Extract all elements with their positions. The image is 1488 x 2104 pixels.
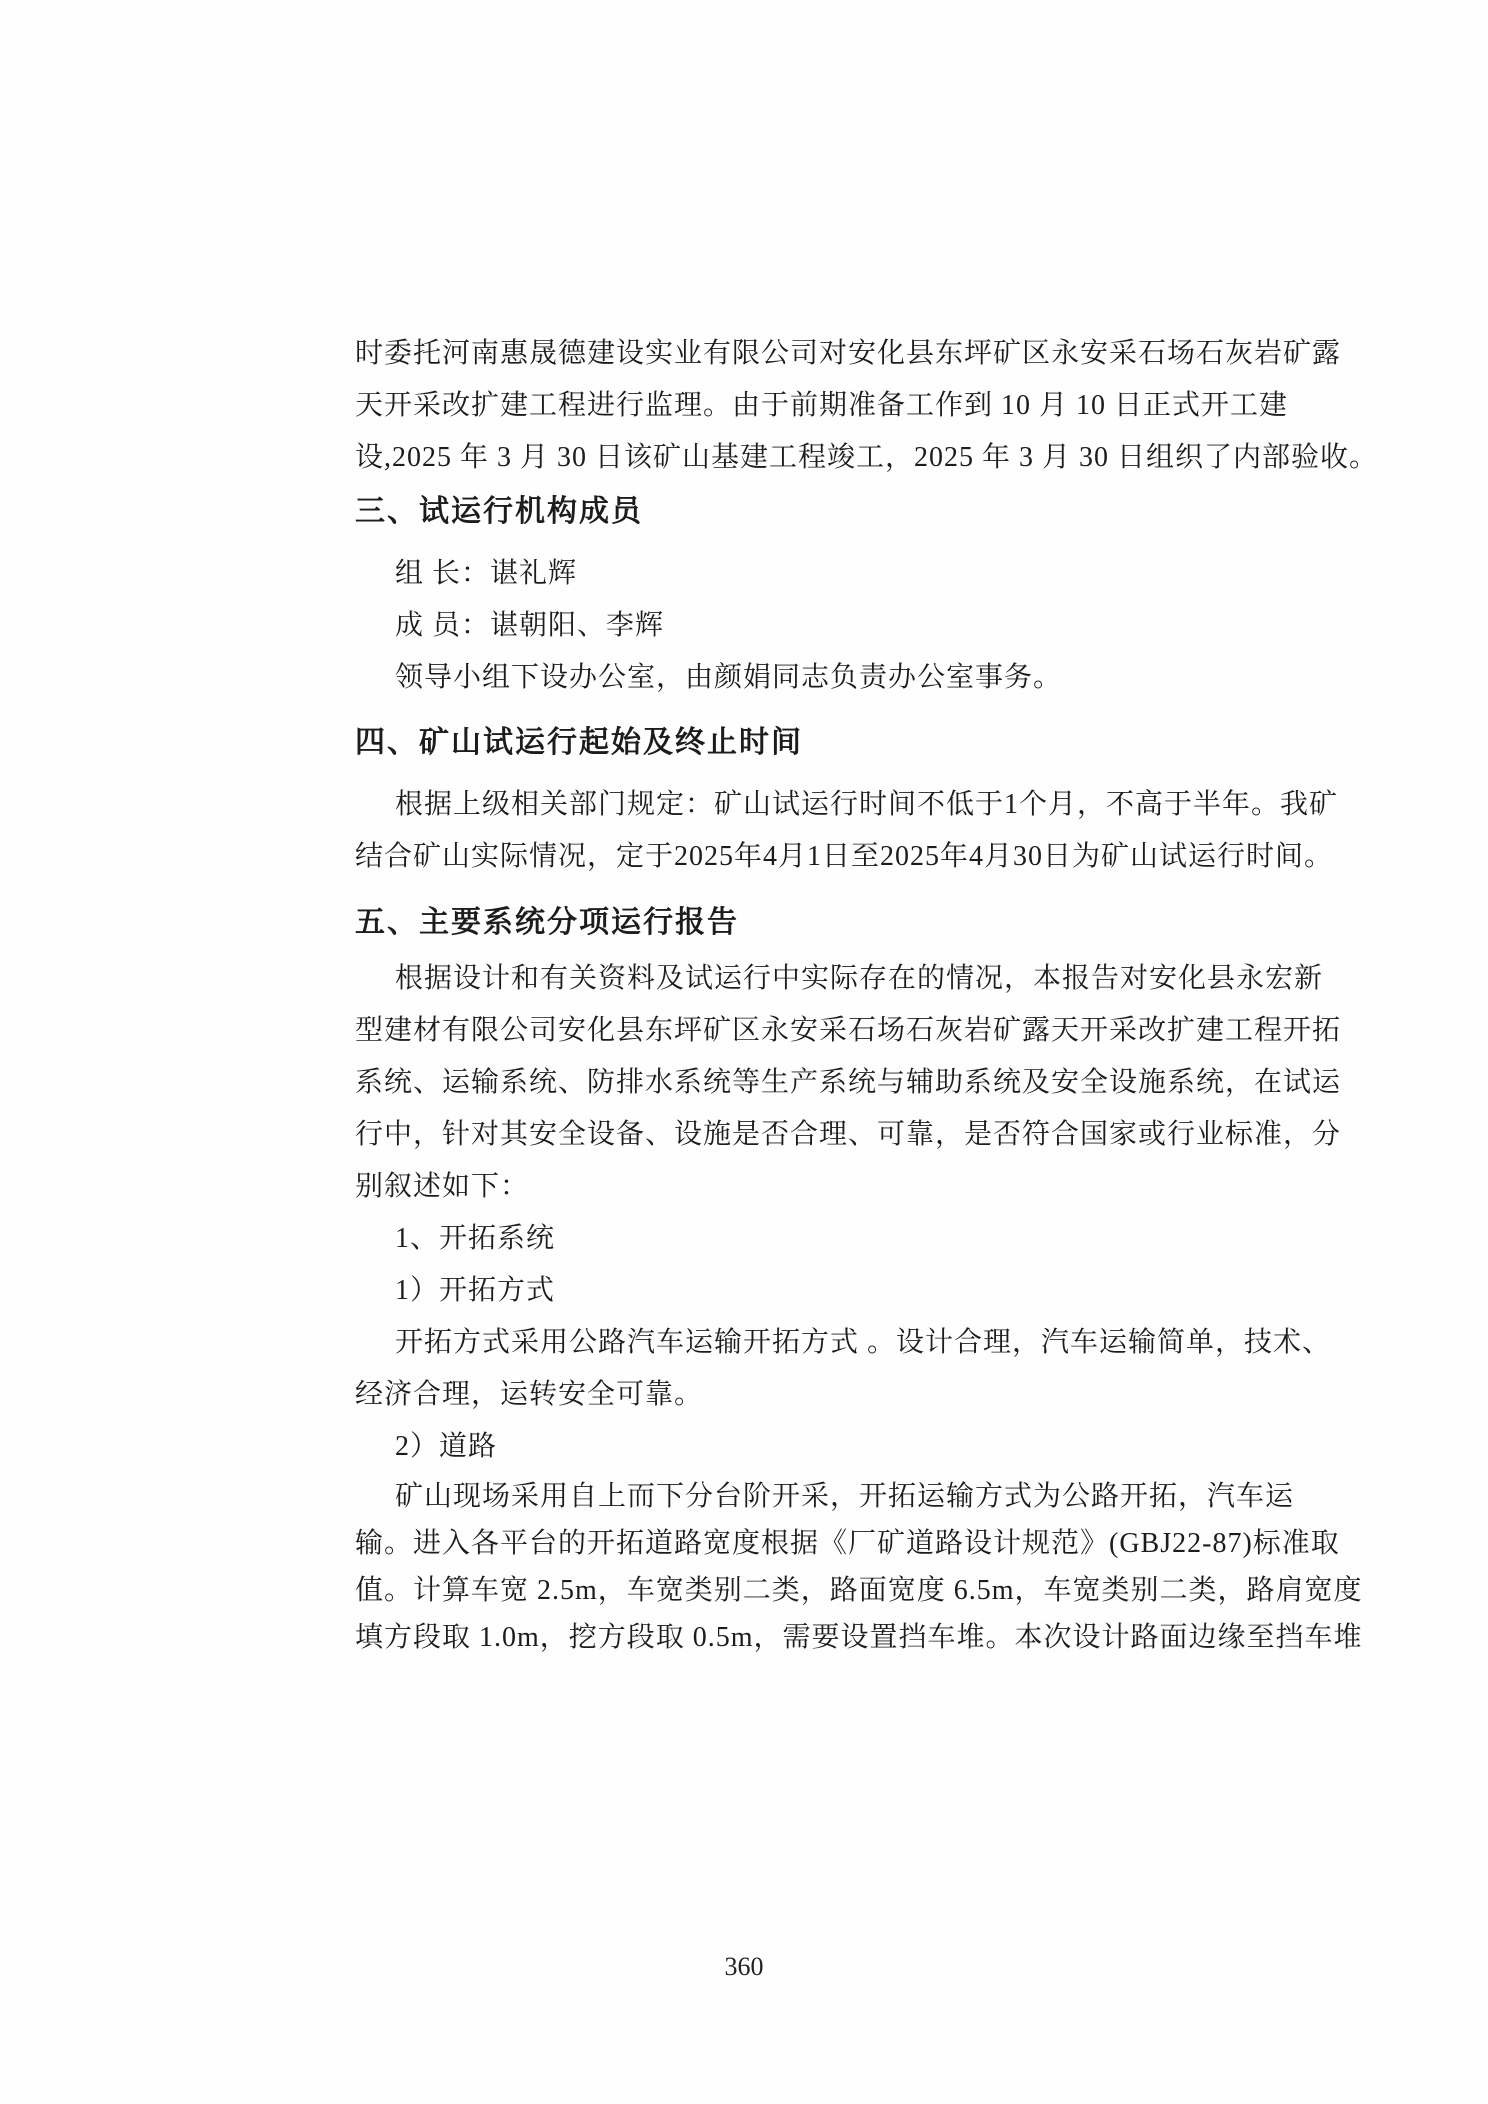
section-4-body: 根据上级相关部门规定：矿山试运行时间不低于1个月，不高于半年。我矿 结合矿山实际… [355,779,1217,883]
item-2-body: 矿山现场采用自上而下分台阶开采，开拓运输方式为公路开拓，汽车运 输。进入各平台的… [355,1473,1217,1661]
text-line: 矿山现场采用自上而下分台阶开采，开拓运输方式为公路开拓，汽车运 [355,1473,1217,1520]
text-line: 行中，针对其安全设备、设施是否合理、可靠，是否符合国家或行业标准，分 [355,1109,1217,1161]
text-line: 开拓方式采用公路汽车运输开拓方式 。设计合理，汽车运输简单，技术、 [355,1317,1217,1369]
page-number: 360 [0,1952,1488,1982]
text-line: 设,2025 年 3 月 30 日该矿山基建工程竣工，2025 年 3 月 30… [355,432,1217,484]
group-members-line: 成 员：谌朝阳、李辉 [355,600,1217,652]
text-line: 天开采改扩建工程进行监理。由于前期准备工作到 10 月 10 日正式开工建 [355,380,1217,432]
page-content: 时委托河南惠晟德建设实业有限公司对安化县东坪矿区永安采石场石灰岩矿露 天开采改扩… [355,328,1217,1661]
group-leader-line: 组 长：谌礼辉 [355,548,1217,600]
office-note-line: 领导小组下设办公室，由颜娟同志负责办公室事务。 [355,652,1217,704]
text-line: 经济合理，运转安全可靠。 [355,1369,1217,1421]
text-line: 输。进入各平台的开拓道路宽度根据《厂矿道路设计规范》(GBJ22-87)标准取 [355,1520,1217,1567]
text-line: 值。计算车宽 2.5m，车宽类别二类，路面宽度 6.5m，车宽类别二类，路肩宽度 [355,1567,1217,1614]
text-line: 结合矿山实际情况，定于2025年4月1日至2025年4月30日为矿山试运行时间。 [355,831,1217,883]
text-line: 填方段取 1.0m，挖方段取 0.5m，需要设置挡车堆。本次设计路面边缘至挡车堆 [355,1614,1217,1661]
document-page: 时委托河南惠晟德建设实业有限公司对安化县东坪矿区永安采石场石灰岩矿露 天开采改扩… [0,0,1488,2104]
section-3-body: 组 长：谌礼辉 成 员：谌朝阳、李辉 领导小组下设办公室，由颜娟同志负责办公室事… [355,548,1217,704]
item-1-sub-heading: 1）开拓方式 [355,1265,1217,1317]
text-line: 型建材有限公司安化县东坪矿区永安采石场石灰岩矿露天开采改扩建工程开拓 [355,1005,1217,1057]
text-line: 时委托河南惠晟德建设实业有限公司对安化县东坪矿区永安采石场石灰岩矿露 [355,328,1217,380]
text-line: 别叙述如下： [355,1161,1217,1213]
text-line: 根据设计和有关资料及试运行中实际存在的情况，本报告对安化县永宏新 [355,953,1217,1005]
text-line: 系统、运输系统、防排水系统等生产系统与辅助系统及安全设施系统，在试运 [355,1057,1217,1109]
intro-paragraph: 时委托河南惠晟德建设实业有限公司对安化县东坪矿区永安采石场石灰岩矿露 天开采改扩… [355,328,1217,484]
text-line: 根据上级相关部门规定：矿山试运行时间不低于1个月，不高于半年。我矿 [355,779,1217,831]
section-5-body: 根据设计和有关资料及试运行中实际存在的情况，本报告对安化县永宏新 型建材有限公司… [355,953,1217,1661]
section-4-heading: 四、矿山试运行起始及终止时间 [355,717,1217,769]
section-3-heading: 三、试运行机构成员 [355,486,1217,538]
item-1-heading: 1、开拓系统 [355,1213,1217,1265]
section-5-heading: 五、主要系统分项运行报告 [355,897,1217,949]
item-2-heading: 2）道路 [355,1421,1217,1473]
